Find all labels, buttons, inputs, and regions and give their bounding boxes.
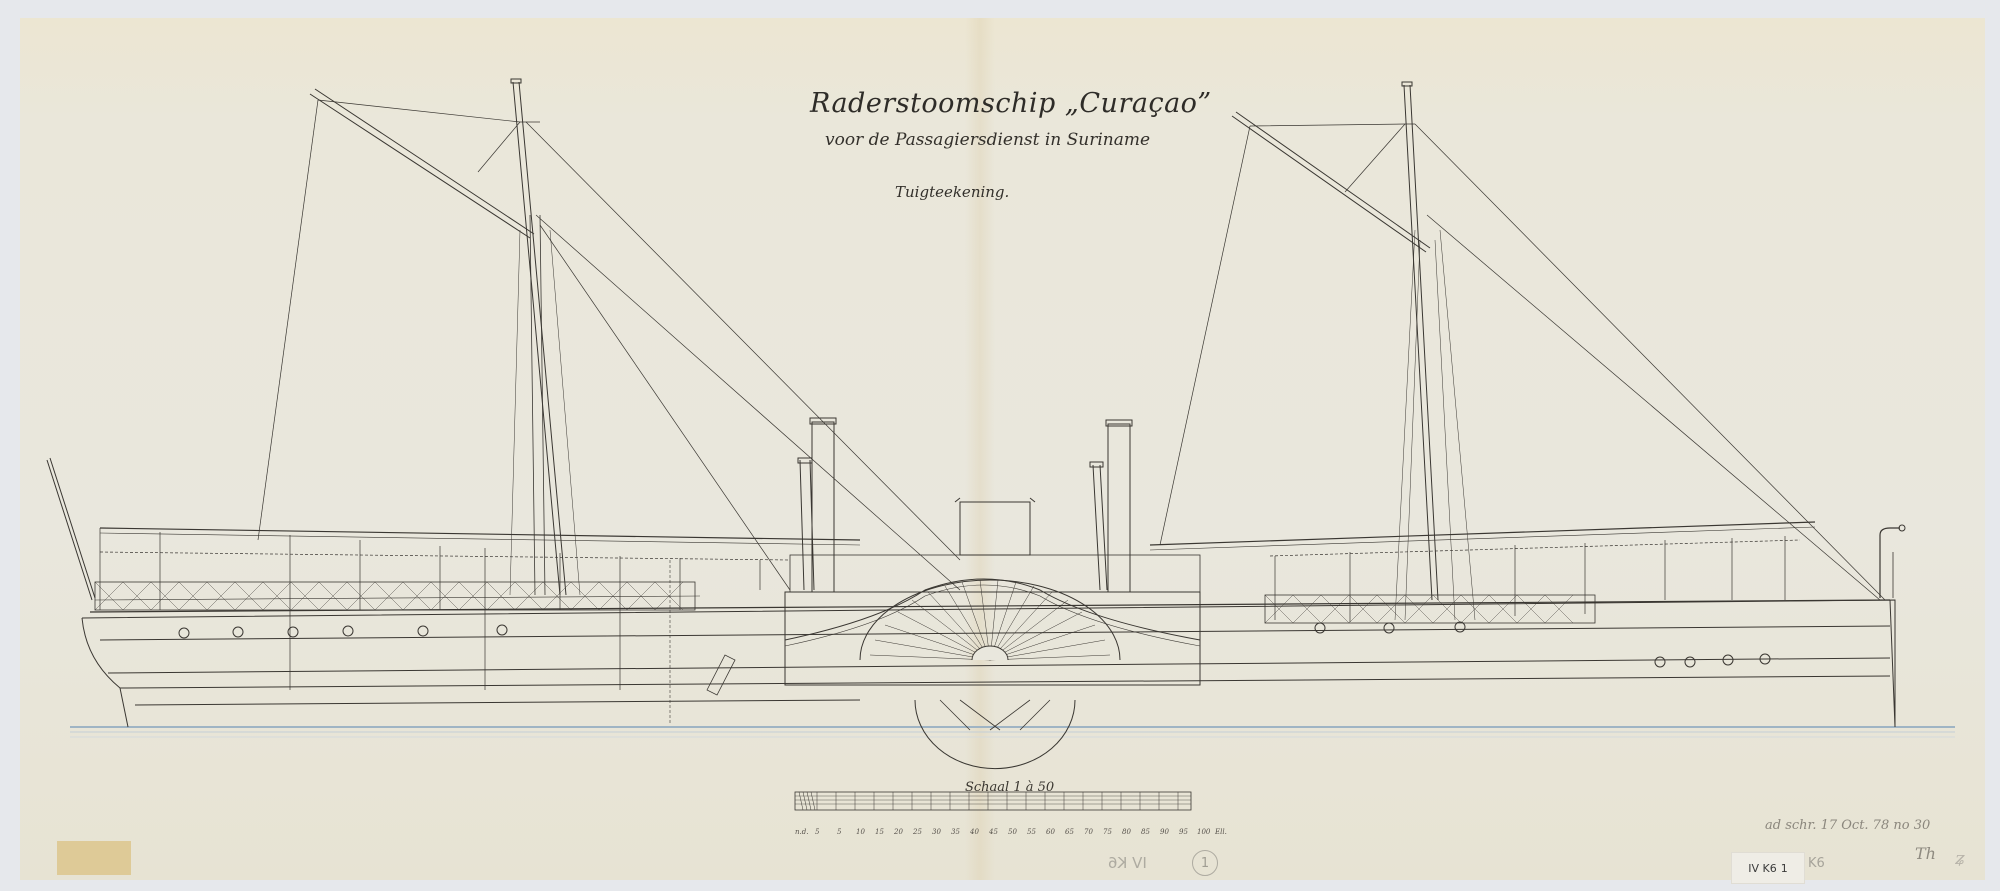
drawing-title: Raderstoomschip „Curaçao” bbox=[810, 88, 1212, 119]
label-code: IV K6 bbox=[1748, 862, 1776, 875]
scale-tick: 75 bbox=[1103, 828, 1112, 836]
scale-tick: 85 bbox=[1141, 828, 1150, 836]
scale-tick-left-5: 5 bbox=[815, 828, 819, 836]
scale-tick: 55 bbox=[1027, 828, 1036, 836]
scale-tick: 50 bbox=[1008, 828, 1017, 836]
scale-tick: 70 bbox=[1084, 828, 1093, 836]
scale-tick: 80 bbox=[1122, 828, 1131, 836]
scale-title: Schaal 1 à 50 bbox=[965, 780, 1054, 795]
archive-note: ad schr. 17 Oct. 78 no 30 bbox=[1765, 818, 1930, 833]
sheet-name: Tuigteekening. bbox=[895, 183, 1009, 201]
drawing-subtitle: voor de Passagiersdienst in Suriname bbox=[825, 130, 1150, 150]
drawing-sheet: Raderstoomschip „Curaçao” voor de Passag… bbox=[20, 18, 1985, 880]
circled-number: 1 bbox=[1192, 850, 1218, 876]
pencil-scribble-mark: ʑ bbox=[1955, 848, 1965, 869]
archive-label-slip: IV K6 1 bbox=[1731, 852, 1805, 884]
scale-unit: Ell. bbox=[1215, 828, 1227, 836]
scale-tick: 25 bbox=[913, 828, 922, 836]
scale-tick: 95 bbox=[1179, 828, 1188, 836]
pencil-reference: K6 bbox=[1808, 856, 1825, 871]
scale-tick: 40 bbox=[970, 828, 979, 836]
scale-tick: 5 bbox=[837, 828, 841, 836]
fore-mast bbox=[258, 79, 960, 595]
mirrored-reference: IV K6 bbox=[1108, 854, 1147, 872]
scale-tick: 90 bbox=[1160, 828, 1169, 836]
scale-tick: 20 bbox=[894, 828, 903, 836]
funnels bbox=[798, 418, 1132, 592]
scale-tick: 15 bbox=[875, 828, 884, 836]
label-number: 1 bbox=[1781, 862, 1788, 875]
scale-tick: 35 bbox=[951, 828, 960, 836]
initials: Th bbox=[1915, 844, 1936, 863]
scale-tick: 60 bbox=[1046, 828, 1055, 836]
scale-tick: 100 bbox=[1197, 828, 1210, 836]
scale-left-label: n.d. bbox=[795, 828, 808, 836]
scale-tick: 10 bbox=[856, 828, 865, 836]
scale-labels: n.d. 5 5 10 15 20 25 30 35 40 45 50 55 6… bbox=[795, 828, 1255, 840]
scale-tick: 45 bbox=[989, 828, 998, 836]
main-mast bbox=[1160, 82, 1885, 620]
scale-tick: 65 bbox=[1065, 828, 1074, 836]
scale-tick: 30 bbox=[932, 828, 941, 836]
